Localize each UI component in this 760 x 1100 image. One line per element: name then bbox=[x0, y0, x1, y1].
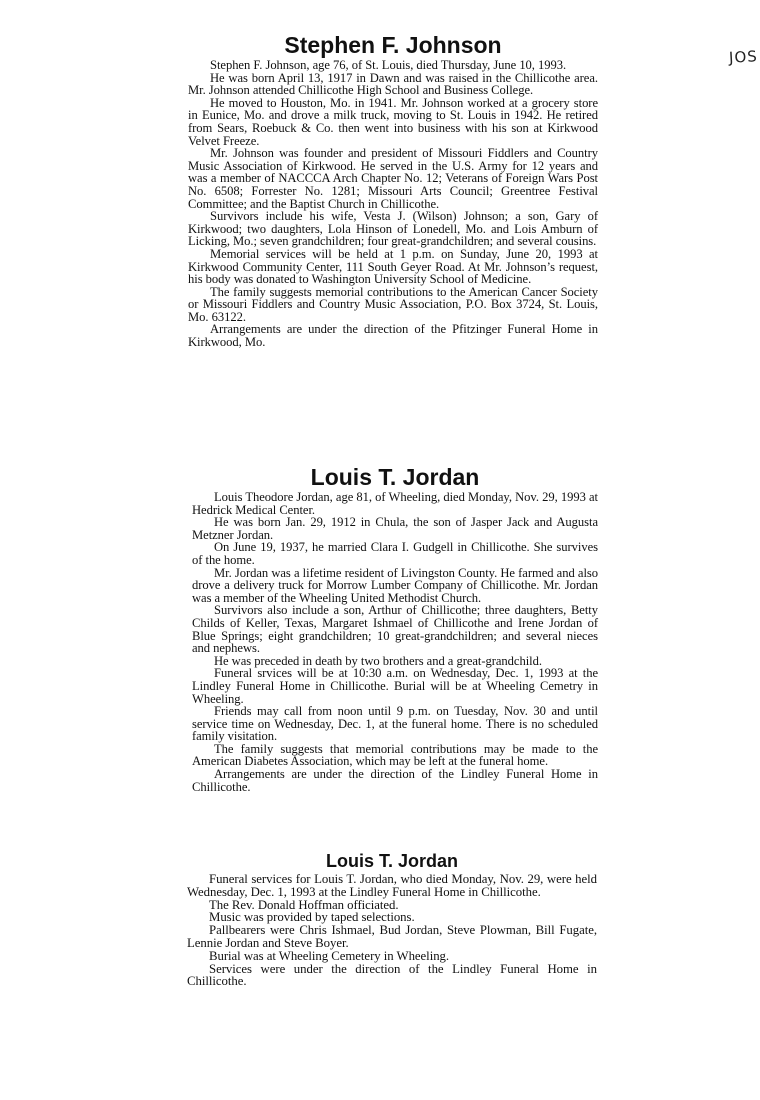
obituary-paragraph: The family suggests that memorial contri… bbox=[192, 743, 598, 768]
obituary-paragraph: Pallbearers were Chris Ishmael, Bud Jord… bbox=[187, 924, 597, 950]
obituary-paragraph: Friends may call from noon until 9 p.m. … bbox=[192, 705, 598, 743]
handwritten-annotation: JOS bbox=[729, 47, 759, 66]
obituary-title: Louis T. Jordan bbox=[187, 852, 597, 870]
obituary-paragraph: Mr. Jordan was a lifetime resident of Li… bbox=[192, 567, 598, 605]
obituary-paragraph: Mr. Johnson was founder and president of… bbox=[188, 147, 598, 210]
obituary-paragraph: Survivors include his wife, Vesta J. (Wi… bbox=[188, 210, 598, 248]
obituary-paragraph: On June 19, 1937, he married Clara I. Gu… bbox=[192, 541, 598, 566]
funeral-notice-louis-jordan: Louis T. Jordan Funeral services for Lou… bbox=[187, 852, 597, 988]
obituary-paragraph: Memorial services will be held at 1 p.m.… bbox=[188, 248, 598, 286]
obituary-paragraph: Services were under the direction of the… bbox=[187, 963, 597, 989]
obituary-stephen-johnson: Stephen F. Johnson Stephen F. Johnson, a… bbox=[188, 34, 598, 349]
obituary-paragraph: He was born Jan. 29, 1912 in Chula, the … bbox=[192, 516, 598, 541]
obituary-paragraph: He was born April 13, 1917 in Dawn and w… bbox=[188, 72, 598, 97]
obituary-paragraph: Funeral services for Louis T. Jordan, wh… bbox=[187, 873, 597, 899]
obituary-paragraph: Arrangements are under the direction of … bbox=[188, 323, 598, 348]
obituary-louis-jordan: Louis T. Jordan Louis Theodore Jordan, a… bbox=[192, 466, 598, 793]
obituary-paragraph: Arrangements are under the direction of … bbox=[192, 768, 598, 793]
obituary-paragraph: Louis Theodore Jordan, age 81, of Wheeli… bbox=[192, 491, 598, 516]
obituary-paragraph: He moved to Houston, Mo. in 1941. Mr. Jo… bbox=[188, 97, 598, 147]
obituary-paragraph: Funeral srvices will be at 10:30 a.m. on… bbox=[192, 667, 598, 705]
obituary-paragraph: Burial was at Wheeling Cemetery in Wheel… bbox=[187, 950, 597, 963]
obituary-title: Louis T. Jordan bbox=[192, 466, 598, 489]
document-page: JOS Stephen F. Johnson Stephen F. Johnso… bbox=[0, 0, 760, 1100]
obituary-paragraph: The family suggests memorial contributio… bbox=[188, 286, 598, 324]
obituary-title: Stephen F. Johnson bbox=[188, 34, 598, 57]
obituary-paragraph: Stephen F. Johnson, age 76, of St. Louis… bbox=[188, 59, 598, 72]
obituary-paragraph: Survivors also include a son, Arthur of … bbox=[192, 604, 598, 654]
